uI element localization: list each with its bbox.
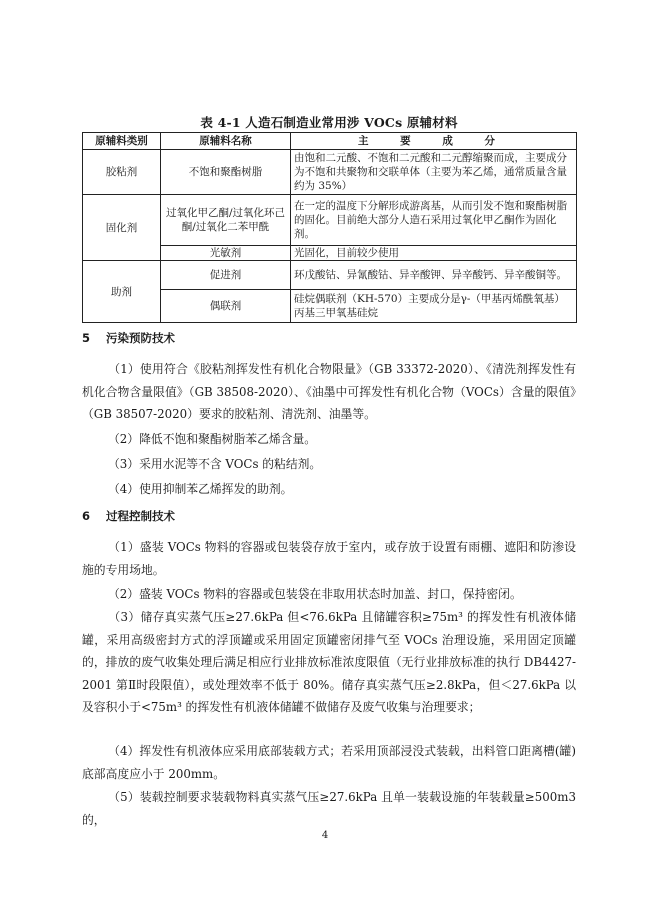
cell-category: 助剂 (83, 261, 161, 323)
header-category: 原辅料类别 (83, 133, 161, 150)
header-name: 原辅料名称 (161, 133, 291, 150)
cell-name: 偶联剂 (161, 290, 291, 323)
cell-name: 促进剂 (161, 261, 291, 290)
section-6-item-1: （1）盛装 VOCs 物料的容器或包装袋存放于室内，或存放于设置有雨棚、遮阳和防… (82, 536, 576, 581)
section-5-heading: 5污染预防技术 (82, 330, 175, 346)
materials-table: 原辅料类别 原辅料名称 主 要 成 分 胶粘剂 不饱和聚酯树脂 由饱和二元酸、不… (82, 132, 577, 323)
cell-composition: 在一定的温度下分解形成游离基，从而引发不饱和聚酯树脂的固化。目前绝大部分人造石采… (291, 195, 577, 246)
cell-composition: 硅烷偶联剂（KH-570）主要成分是γ-（甲基丙烯酰氧基）丙基三甲氧基硅烷 (291, 290, 577, 323)
section-6-item-5: （5）装载控制要求装载物料真实蒸气压≥27.6kPa 且单一装载设施的年装载量≥… (82, 786, 576, 831)
cell-name: 过氧化甲乙酮/过氧化环己酮/过氧化二苯甲酰 (161, 195, 291, 246)
table-row: 胶粘剂 不饱和聚酯树脂 由饱和二元酸、不饱和二元酸和二元醇缩聚而成，主要成分为不… (83, 150, 577, 195)
cell-category: 胶粘剂 (83, 150, 161, 195)
section-5-item-2: （2）降低不饱和聚酯树脂苯乙烯含量。 (82, 428, 576, 451)
cell-composition: 由饱和二元酸、不饱和二元酸和二元醇缩聚而成，主要成分为不饱和共聚物和交联单体（主… (291, 150, 577, 195)
section-5-item-4: （4）使用抑制苯乙烯挥发的助剂。 (82, 478, 576, 501)
page-number: 4 (0, 830, 650, 841)
section-6-item-2: （2）盛装 VOCs 物料的容器或包装袋在非取用状态时加盖、封口，保持密闭。 (82, 583, 576, 606)
section-6-item-3: （3）储存真实蒸气压≥27.6kPa 但<76.6kPa 且储罐容积≥75m³ … (82, 606, 576, 719)
section-6-heading: 6过程控制技术 (82, 508, 175, 524)
cell-composition: 光固化，目前较少使用 (291, 246, 577, 261)
table-caption: 表 4-1 人造石制造业常用涉 VOCs 原辅材料 (82, 115, 576, 131)
table-row: 助剂 促进剂 环戊酸钴、异氰酸钴、异辛酸钾、异辛酸钙、异辛酸铜等。 (83, 261, 577, 290)
header-composition: 主 要 成 分 (291, 133, 577, 150)
cell-name: 不饱和聚酯树脂 (161, 150, 291, 195)
section-5-item-3: （3）采用水泥等不含 VOCs 的粘结剂。 (82, 453, 576, 476)
cell-composition: 环戊酸钴、异氰酸钴、异辛酸钾、异辛酸钙、异辛酸铜等。 (291, 261, 577, 290)
cell-category: 固化剂 (83, 195, 161, 261)
table-header-row: 原辅料类别 原辅料名称 主 要 成 分 (83, 133, 577, 150)
section-6-item-4: （4）挥发性有机液体应采用底部装载方式；若采用顶部浸没式装载，出料管口距离槽(罐… (82, 740, 576, 785)
section-5-item-1: （1）使用符合《胶粘剂挥发性有机化合物限量》（GB 33372-2020）、《清… (82, 358, 576, 426)
cell-name: 光敏剂 (161, 246, 291, 261)
table-row: 固化剂 过氧化甲乙酮/过氧化环己酮/过氧化二苯甲酰 在一定的温度下分解形成游离基… (83, 195, 577, 246)
document-page: 表 4-1 人造石制造业常用涉 VOCs 原辅材料 原辅料类别 原辅料名称 主 … (0, 0, 650, 919)
